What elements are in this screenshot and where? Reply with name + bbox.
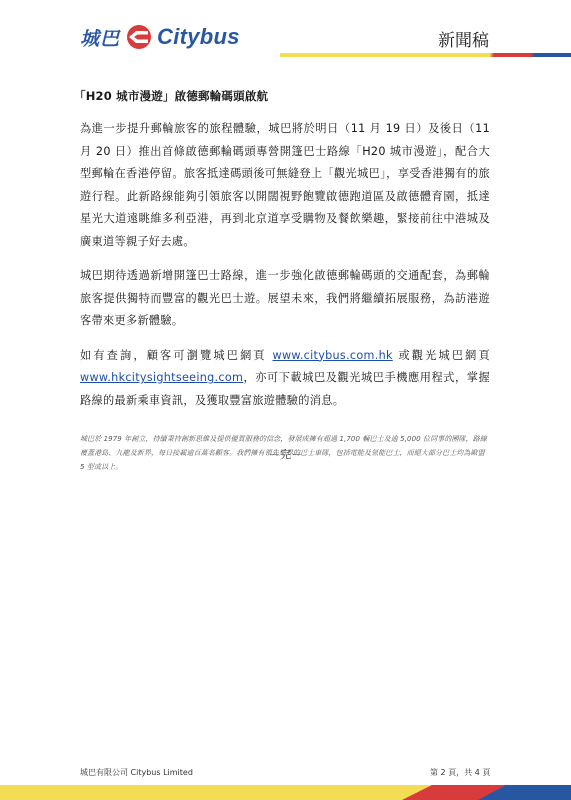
city-sightseeing-website-link[interactable]: www.hkcitysightseeing.com [80,371,243,384]
paragraph-intro: 為進一步提升郵輪旅客的旅程體驗，城巴將於明日（11 月 19 日）及後日（11 … [80,118,490,253]
logo-english-text: Citybus [157,24,240,50]
citybus-arrow-icon [124,24,154,50]
footer-company-name: 城巴有限公司 Citybus Limited [80,767,193,778]
logo-chinese-text: 城巴 [80,24,120,51]
citybus-logo: 城巴 Citybus [80,22,240,52]
footer-page-number: 第 2 頁，共 4 頁 [430,767,490,778]
footer-color-band [0,785,571,800]
contact-text-1: 如有查詢，顧客可瀏覽城巴網頁 [80,349,273,362]
citybus-website-link[interactable]: www.citybus.com.hk [273,349,393,362]
paragraph-contact: 如有查詢，顧客可瀏覽城巴網頁 www.citybus.com.hk 或觀光城巴網… [80,345,490,413]
article-title: 「H20 城市漫遊」啟德郵輪碼頭啟航 [74,88,490,104]
paragraph-outlook: 城巴期待透過新增開篷巴士路線，進一步強化啟德郵輪碼頭的交通配套，為郵輪旅客提供獨… [80,265,490,333]
press-release-content: 「H20 城市漫遊」啟德郵輪碼頭啟航 為進一步提升郵輪旅客的旅程體驗，城巴將於明… [80,88,490,474]
end-mark: －完－ [0,446,571,462]
header-color-stripe [280,53,571,57]
document-type-label: 新聞稿 [438,26,489,51]
contact-text-2: 或觀光城巴網頁 [393,349,490,362]
